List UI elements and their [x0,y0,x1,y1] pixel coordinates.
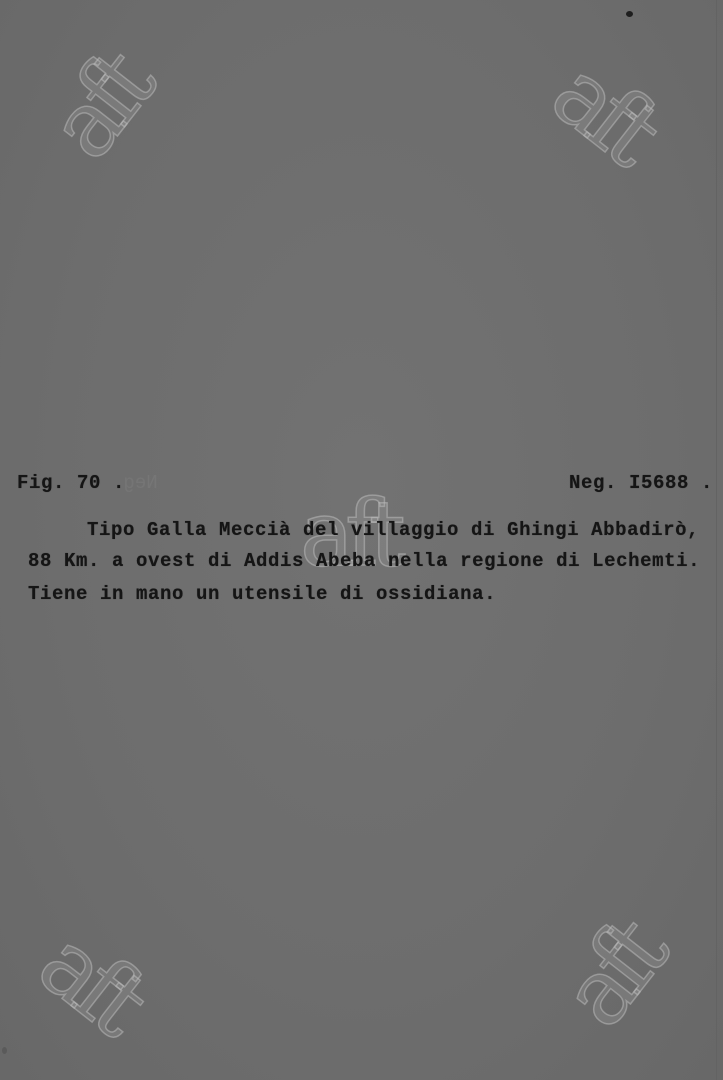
negative-label: Neg. I5688 . [569,472,713,494]
caption-line-3: Tiene in mano un utensile di ossidiana. [28,583,496,605]
caption-line-1: Tipo Galla Meccià del villaggio di Ghing… [87,519,699,541]
caption-line-2: 88 Km. a ovest di Addis Abeba nella regi… [28,550,700,572]
watermark-top-left: aft [34,42,166,174]
watermark-bottom-left: aft [24,915,156,1047]
watermark-bottom-right: aft [547,910,679,1042]
ink-speck [626,11,633,17]
watermark-top-right: aft [537,45,669,177]
dust-speck [2,1047,7,1054]
archive-card: aft aft aft aft aft Neg. Fig. 70 . Neg. … [0,0,723,1080]
figure-label: Fig. 70 . [17,472,125,494]
card-edge-line [716,0,717,1080]
